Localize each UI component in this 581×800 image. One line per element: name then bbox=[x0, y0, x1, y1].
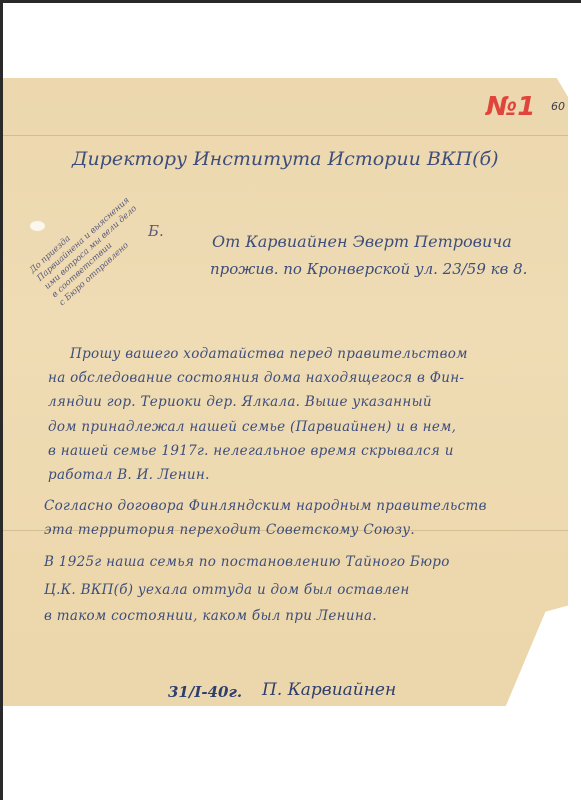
body-line: Прошу вашего ходатайства перед правитель… bbox=[70, 346, 468, 362]
body-line: ляндии гор. Териоки дер. Ялкала. Выше ук… bbox=[48, 394, 432, 410]
fold-line bbox=[3, 135, 568, 136]
punch-hole bbox=[30, 221, 45, 231]
body-line: эта территория переходит Советскому Союз… bbox=[44, 522, 415, 538]
scan-border-top bbox=[0, 0, 581, 3]
body-line: в таком состоянии, каком был при Ленина. bbox=[44, 608, 377, 624]
archive-mark: №1 bbox=[486, 92, 535, 122]
body-line: работал В. И. Ленин. bbox=[48, 467, 210, 483]
date: 31/I-40г. bbox=[168, 683, 242, 701]
body-line: на обследование состояния дома находящег… bbox=[48, 370, 464, 386]
scan-border-left bbox=[0, 0, 3, 800]
sender-line-2: прожив. по Кронверской ул. 23/59 кв 8. bbox=[210, 260, 527, 278]
body-line: в нашей семье 1917г. нелегальное время с… bbox=[48, 443, 454, 459]
signature: П. Карвиайнен bbox=[262, 680, 396, 700]
body-line: Ц.К. ВКП(б) уехала оттуда и дом был оста… bbox=[44, 582, 410, 598]
sender-line-1: От Карвиайнен Эверт Петровича bbox=[212, 232, 512, 251]
body-line: В 1925г наша семья по постановлению Тайн… bbox=[44, 554, 450, 570]
body-line: дом принадлежал нашей семье (Парвиайнен)… bbox=[48, 419, 456, 435]
body-line: Согласно договора Финляндским народным п… bbox=[44, 498, 487, 514]
addressee: Директору Института Истории ВКП(б) bbox=[72, 148, 499, 170]
margin-note-initial: Б. bbox=[148, 222, 164, 240]
page-number: 60 bbox=[551, 100, 565, 113]
